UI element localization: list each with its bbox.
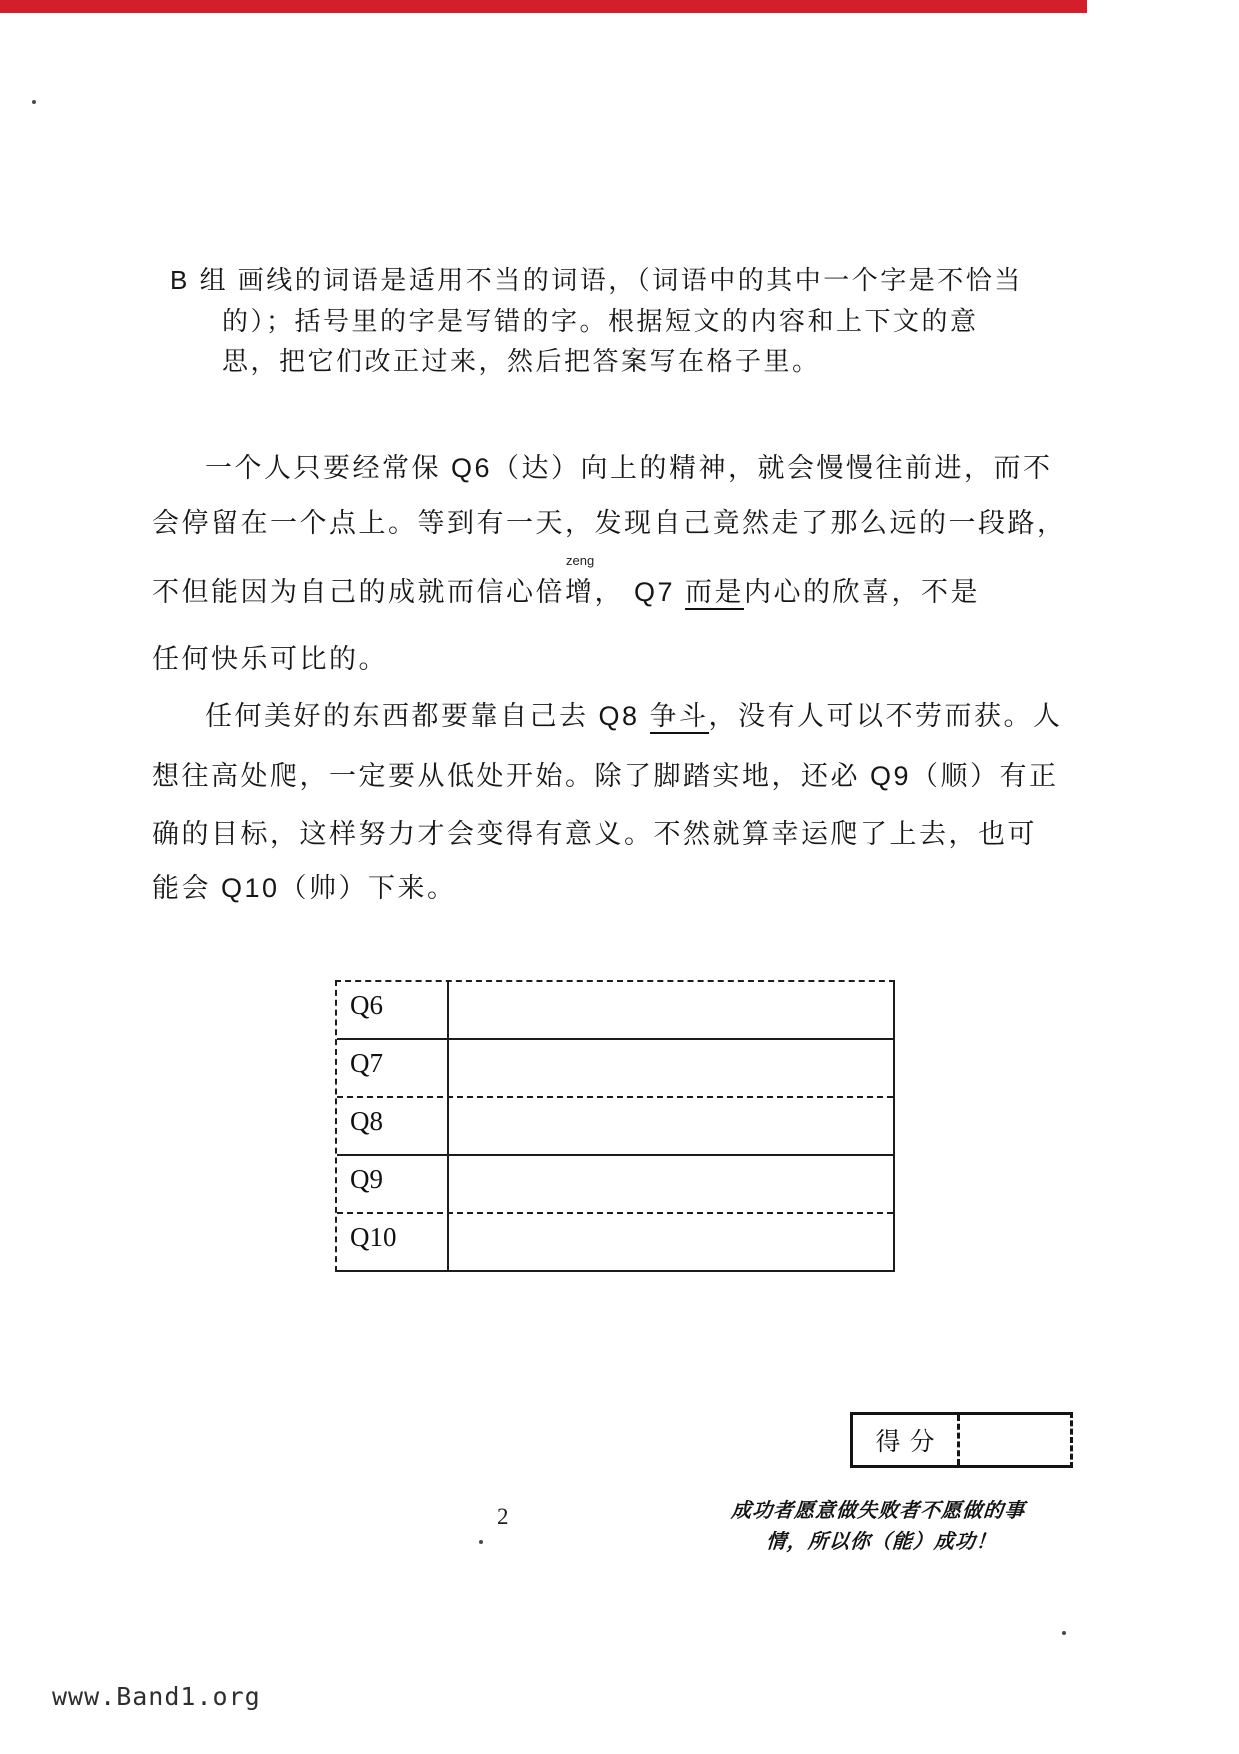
annotated-char-zeng: zeng增 bbox=[565, 570, 595, 609]
scanned-exam-page: B 组 画线的词语是适用不当的词语，（词语中的其中一个字是不恰当 的）；括号里的… bbox=[0, 0, 1239, 1754]
underlined-word-q7: 而是 bbox=[685, 577, 744, 610]
passage-p2-line1: 任何美好的东西都要靠自己去 Q8 争斗，没有人可以不劳而获。人 bbox=[205, 694, 1063, 733]
underlined-word-q8: 争斗 bbox=[650, 701, 709, 734]
answer-cell-q6 bbox=[449, 982, 893, 1038]
table-row: Q10 bbox=[337, 1214, 893, 1272]
answer-label-q9: Q9 bbox=[337, 1156, 449, 1212]
passage-p1-line3: 不但能因为自己的成就而信心倍zeng增， Q7 而是内心的欣喜，不是 bbox=[152, 570, 980, 609]
passage-p1-line3-pre: 不但能因为自己的成就而信心倍 bbox=[152, 577, 565, 607]
scan-speck bbox=[32, 100, 36, 104]
passage-p2-line2: 想往高处爬，一定要从低处开始。除了脚踏实地，还必 Q9（顺）有正 bbox=[152, 754, 1059, 793]
score-box: 得分 bbox=[850, 1412, 1073, 1468]
answer-cell-q7 bbox=[449, 1040, 893, 1096]
scan-speck bbox=[479, 1540, 483, 1544]
answer-label-q10: Q10 bbox=[337, 1214, 449, 1270]
answer-cell-q8 bbox=[449, 1098, 893, 1154]
annotated-char: 增 bbox=[565, 577, 595, 607]
passage-p1-line1: 一个人只要经常保 Q6（达）向上的精神，就会慢慢往前进，而不 bbox=[205, 446, 1053, 485]
footer-note-line-1: 成功者愿意做失败者不愿做的事 bbox=[712, 1496, 1026, 1527]
passage-p2-line3: 确的目标，这样努力才会变得有意义。不然就算幸运爬了上去，也可 bbox=[152, 812, 1037, 851]
passage-p1-line2: 会停留在一个点上。等到有一天，发现自己竟然走了那么远的一段路， bbox=[152, 501, 1067, 540]
answer-cell-q9 bbox=[449, 1156, 893, 1212]
table-row: Q7 bbox=[337, 1040, 893, 1098]
passage-p1-line3-mid: ， Q7 bbox=[595, 577, 686, 607]
answer-label-q7: Q7 bbox=[337, 1040, 449, 1096]
scan-speck bbox=[1062, 1631, 1066, 1635]
table-row: Q9 bbox=[337, 1156, 893, 1214]
answer-label-q6: Q6 bbox=[337, 982, 449, 1038]
table-row: Q6 bbox=[337, 982, 893, 1040]
instruction-line-2: 的）；括号里的字是写错的字。根据短文的内容和上下文的意 bbox=[222, 301, 979, 338]
passage-p1-line3-post: 内心的欣喜，不是 bbox=[744, 577, 980, 607]
score-box-label: 得分 bbox=[853, 1415, 960, 1465]
passage-p2-line1-pre: 任何美好的东西都要靠自己去 Q8 bbox=[205, 701, 650, 731]
site-watermark: www.Band1.org bbox=[52, 1682, 261, 1711]
pinyin-annotation: zeng bbox=[566, 553, 594, 568]
top-red-bar bbox=[0, 0, 1087, 13]
passage-p1-line4: 任何快乐可比的。 bbox=[152, 637, 388, 676]
answer-cell-q10 bbox=[449, 1214, 893, 1270]
instruction-line-3: 思，把它们改正过来，然后把答案写在格子里。 bbox=[222, 341, 821, 378]
passage-p2-line4: 能会 Q10（帅）下来。 bbox=[152, 866, 457, 905]
score-box-value bbox=[960, 1415, 1070, 1465]
passage-p2-line1-post: ，没有人可以不劳而获。人 bbox=[709, 701, 1063, 731]
answer-table: Q6 Q7 Q8 Q9 Q10 bbox=[335, 980, 895, 1272]
table-row: Q8 bbox=[337, 1098, 893, 1156]
footer-note-line-2: 情，所以你（能）成功！ bbox=[710, 1527, 1024, 1558]
answer-label-q8: Q8 bbox=[337, 1098, 449, 1154]
footer-note: 成功者愿意做失败者不愿做的事 情，所以你（能）成功！ bbox=[710, 1496, 1026, 1558]
page-number: 2 bbox=[497, 1504, 509, 1530]
instruction-line-1: B 组 画线的词语是适用不当的词语，（词语中的其中一个字是不恰当 bbox=[170, 260, 1023, 297]
